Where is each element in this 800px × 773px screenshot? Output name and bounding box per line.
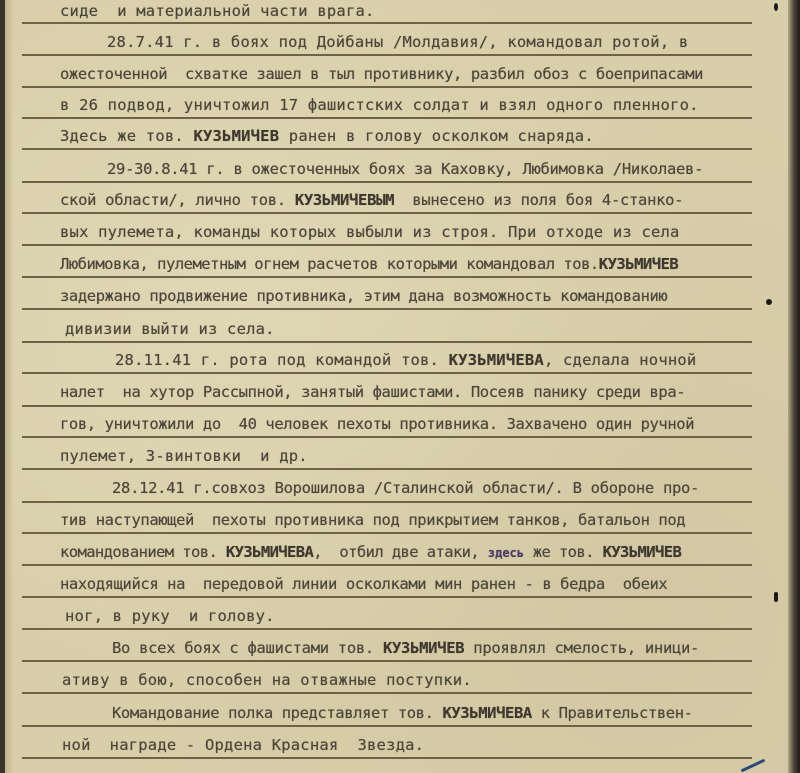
text-line: ной награде - Ордена Красная Звезда. <box>0 736 790 764</box>
ink-blot <box>774 3 778 11</box>
line-text: находящийся на передовой линии осколками… <box>60 575 667 593</box>
line-text: гов, уничтожили до 40 человек пехоты про… <box>60 415 694 433</box>
text-segment: же тов. <box>524 543 603 561</box>
text-line: сиде и материальной части врага. <box>0 2 790 30</box>
text-line: 28.11.41 г. рота под командой тов. КУЗЬМ… <box>0 351 790 379</box>
line-text: 28.11.41 г. рота под командой тов. КУЗЬМ… <box>115 351 696 369</box>
surname: КУЗЬМИЧЕВА <box>442 704 531 722</box>
ink-blot <box>766 299 772 305</box>
text-line: 28.12.41 г.совхоз Ворошилова /Сталинской… <box>0 479 790 507</box>
text-segment: , сделала ночной <box>544 351 697 369</box>
document-page: сиде и материальной части врага. 28.7.41… <box>0 0 800 773</box>
text-line: тив наступающей пехоты противника под пр… <box>0 511 790 539</box>
text-line: ожесточенной схватке зашел в тыл противн… <box>0 65 790 93</box>
text-line: налет на хутор Рассыпной, занятый фашист… <box>0 383 790 411</box>
text-line: ативу в бою, способен на отважные поступ… <box>0 671 790 699</box>
line-text: вых пулемета, команды которых выбыли из … <box>60 223 680 241</box>
line-text: 28.7.41 г. в боях под Дойбаны /Молдавия/… <box>107 33 688 51</box>
text-segment: Здесь же тов. <box>60 127 193 145</box>
text-line: Любимовка, пулеметным огнем расчетов кот… <box>0 255 790 283</box>
text-segment: ской области/, лично тов. <box>60 191 295 209</box>
line-text: Здесь же тов. КУЗЬМИЧЕВ ранен в голову о… <box>60 127 594 145</box>
surname: КУЗЬМИЧЕВ <box>599 255 679 273</box>
line-text: командованием тов. КУЗЬМИЧЕВА, отбил две… <box>60 543 681 561</box>
text-segment: вынесено из поля боя 4-станко- <box>394 191 683 209</box>
surname: КУЗЬМИЧЕВА <box>449 351 544 369</box>
line-text: Командование полка представляет тов. КУЗ… <box>112 704 693 722</box>
ink-mark <box>774 592 778 602</box>
line-text: ожесточенной схватке зашел в тыл противн… <box>60 65 703 83</box>
handwritten-insert: здесь <box>488 546 524 560</box>
text-segment: проявлял смелость, иници- <box>464 639 699 657</box>
line-text: Во всех боях с фашистами тов. КУЗЬМИЧЕВ … <box>112 639 699 657</box>
text-segment: , отбил две атаки, <box>313 543 488 561</box>
text-line: 29-30.8.41 г. в ожесточенных боях за Ках… <box>0 160 790 188</box>
line-text: Любимовка, пулеметным огнем расчетов кот… <box>60 255 678 273</box>
text-line: задержано продвижение противника, этим д… <box>0 287 790 315</box>
line-text: ной награде - Ордена Красная Звезда. <box>62 736 424 754</box>
line-text: сиде и материальной части врага. <box>60 2 375 20</box>
line-text: ской области/, лично тов. КУЗЬМИЧЕВЫМ вы… <box>60 191 683 209</box>
surname: КУЗЬМИЧЕВ <box>383 639 464 657</box>
line-text: 28.12.41 г.совхоз Ворошилова /Сталинской… <box>112 479 699 497</box>
surname: КУЗЬМИЧЕВА <box>226 543 313 561</box>
text-line: пулемет, 3-винтовки и др. <box>0 447 790 475</box>
text-segment: 28.11.41 г. рота под командой тов. <box>115 351 449 369</box>
surname: КУЗЬМИЧЕВ <box>193 127 279 145</box>
line-text: пулемет, 3-винтовки и др. <box>60 447 308 465</box>
text-line: вых пулемета, команды которых выбыли из … <box>0 223 790 251</box>
text-segment: ранен в голову осколком снаряда. <box>279 127 594 145</box>
line-text: ног, в руку и голову. <box>65 607 275 625</box>
text-line: гов, уничтожили до 40 человек пехоты про… <box>0 415 790 443</box>
text-segment: командованием тов. <box>60 543 226 561</box>
line-text: ативу в бою, способен на отважные поступ… <box>62 671 472 689</box>
line-text: тив наступающей пехоты противника под пр… <box>60 511 685 529</box>
text-segment: Командование полка представляет тов. <box>112 704 442 722</box>
text-segment: к Правительствен- <box>532 704 693 722</box>
text-line: дивизии выйти из села. <box>0 320 790 348</box>
text-line: командованием тов. КУЗЬМИЧЕВА, отбил две… <box>0 543 790 571</box>
line-text: задержано продвижение противника, этим д… <box>60 287 667 305</box>
text-line: ской области/, лично тов. КУЗЬМИЧЕВЫМ вы… <box>0 191 790 219</box>
line-text: 29-30.8.41 г. в ожесточенных боях за Ках… <box>107 160 703 178</box>
text-segment: Во всех боях с фашистами тов. <box>112 639 383 657</box>
surname: КУЗЬМИЧЕВ <box>603 543 682 561</box>
text-line: в 26 подвод, уничтожил 17 фашистских сол… <box>0 96 790 124</box>
text-line: Во всех боях с фашистами тов. КУЗЬМИЧЕВ … <box>0 639 790 667</box>
text-line: ног, в руку и голову. <box>0 607 790 635</box>
text-line: 28.7.41 г. в боях под Дойбаны /Молдавия/… <box>0 33 790 61</box>
text-segment: Любимовка, пулеметным огнем расчетов кот… <box>60 255 599 273</box>
line-text: дивизии выйти из села. <box>65 320 275 338</box>
text-line: Здесь же тов. КУЗЬМИЧЕВ ранен в голову о… <box>0 127 790 155</box>
text-line: Командование полка представляет тов. КУЗ… <box>0 704 790 732</box>
surname: КУЗЬМИЧЕВЫМ <box>295 191 394 209</box>
text-line: находящийся на передовой линии осколками… <box>0 575 790 603</box>
line-text: налет на хутор Рассыпной, занятый фашист… <box>60 383 685 401</box>
line-text: в 26 подвод, уничтожил 17 фашистских сол… <box>60 96 699 114</box>
